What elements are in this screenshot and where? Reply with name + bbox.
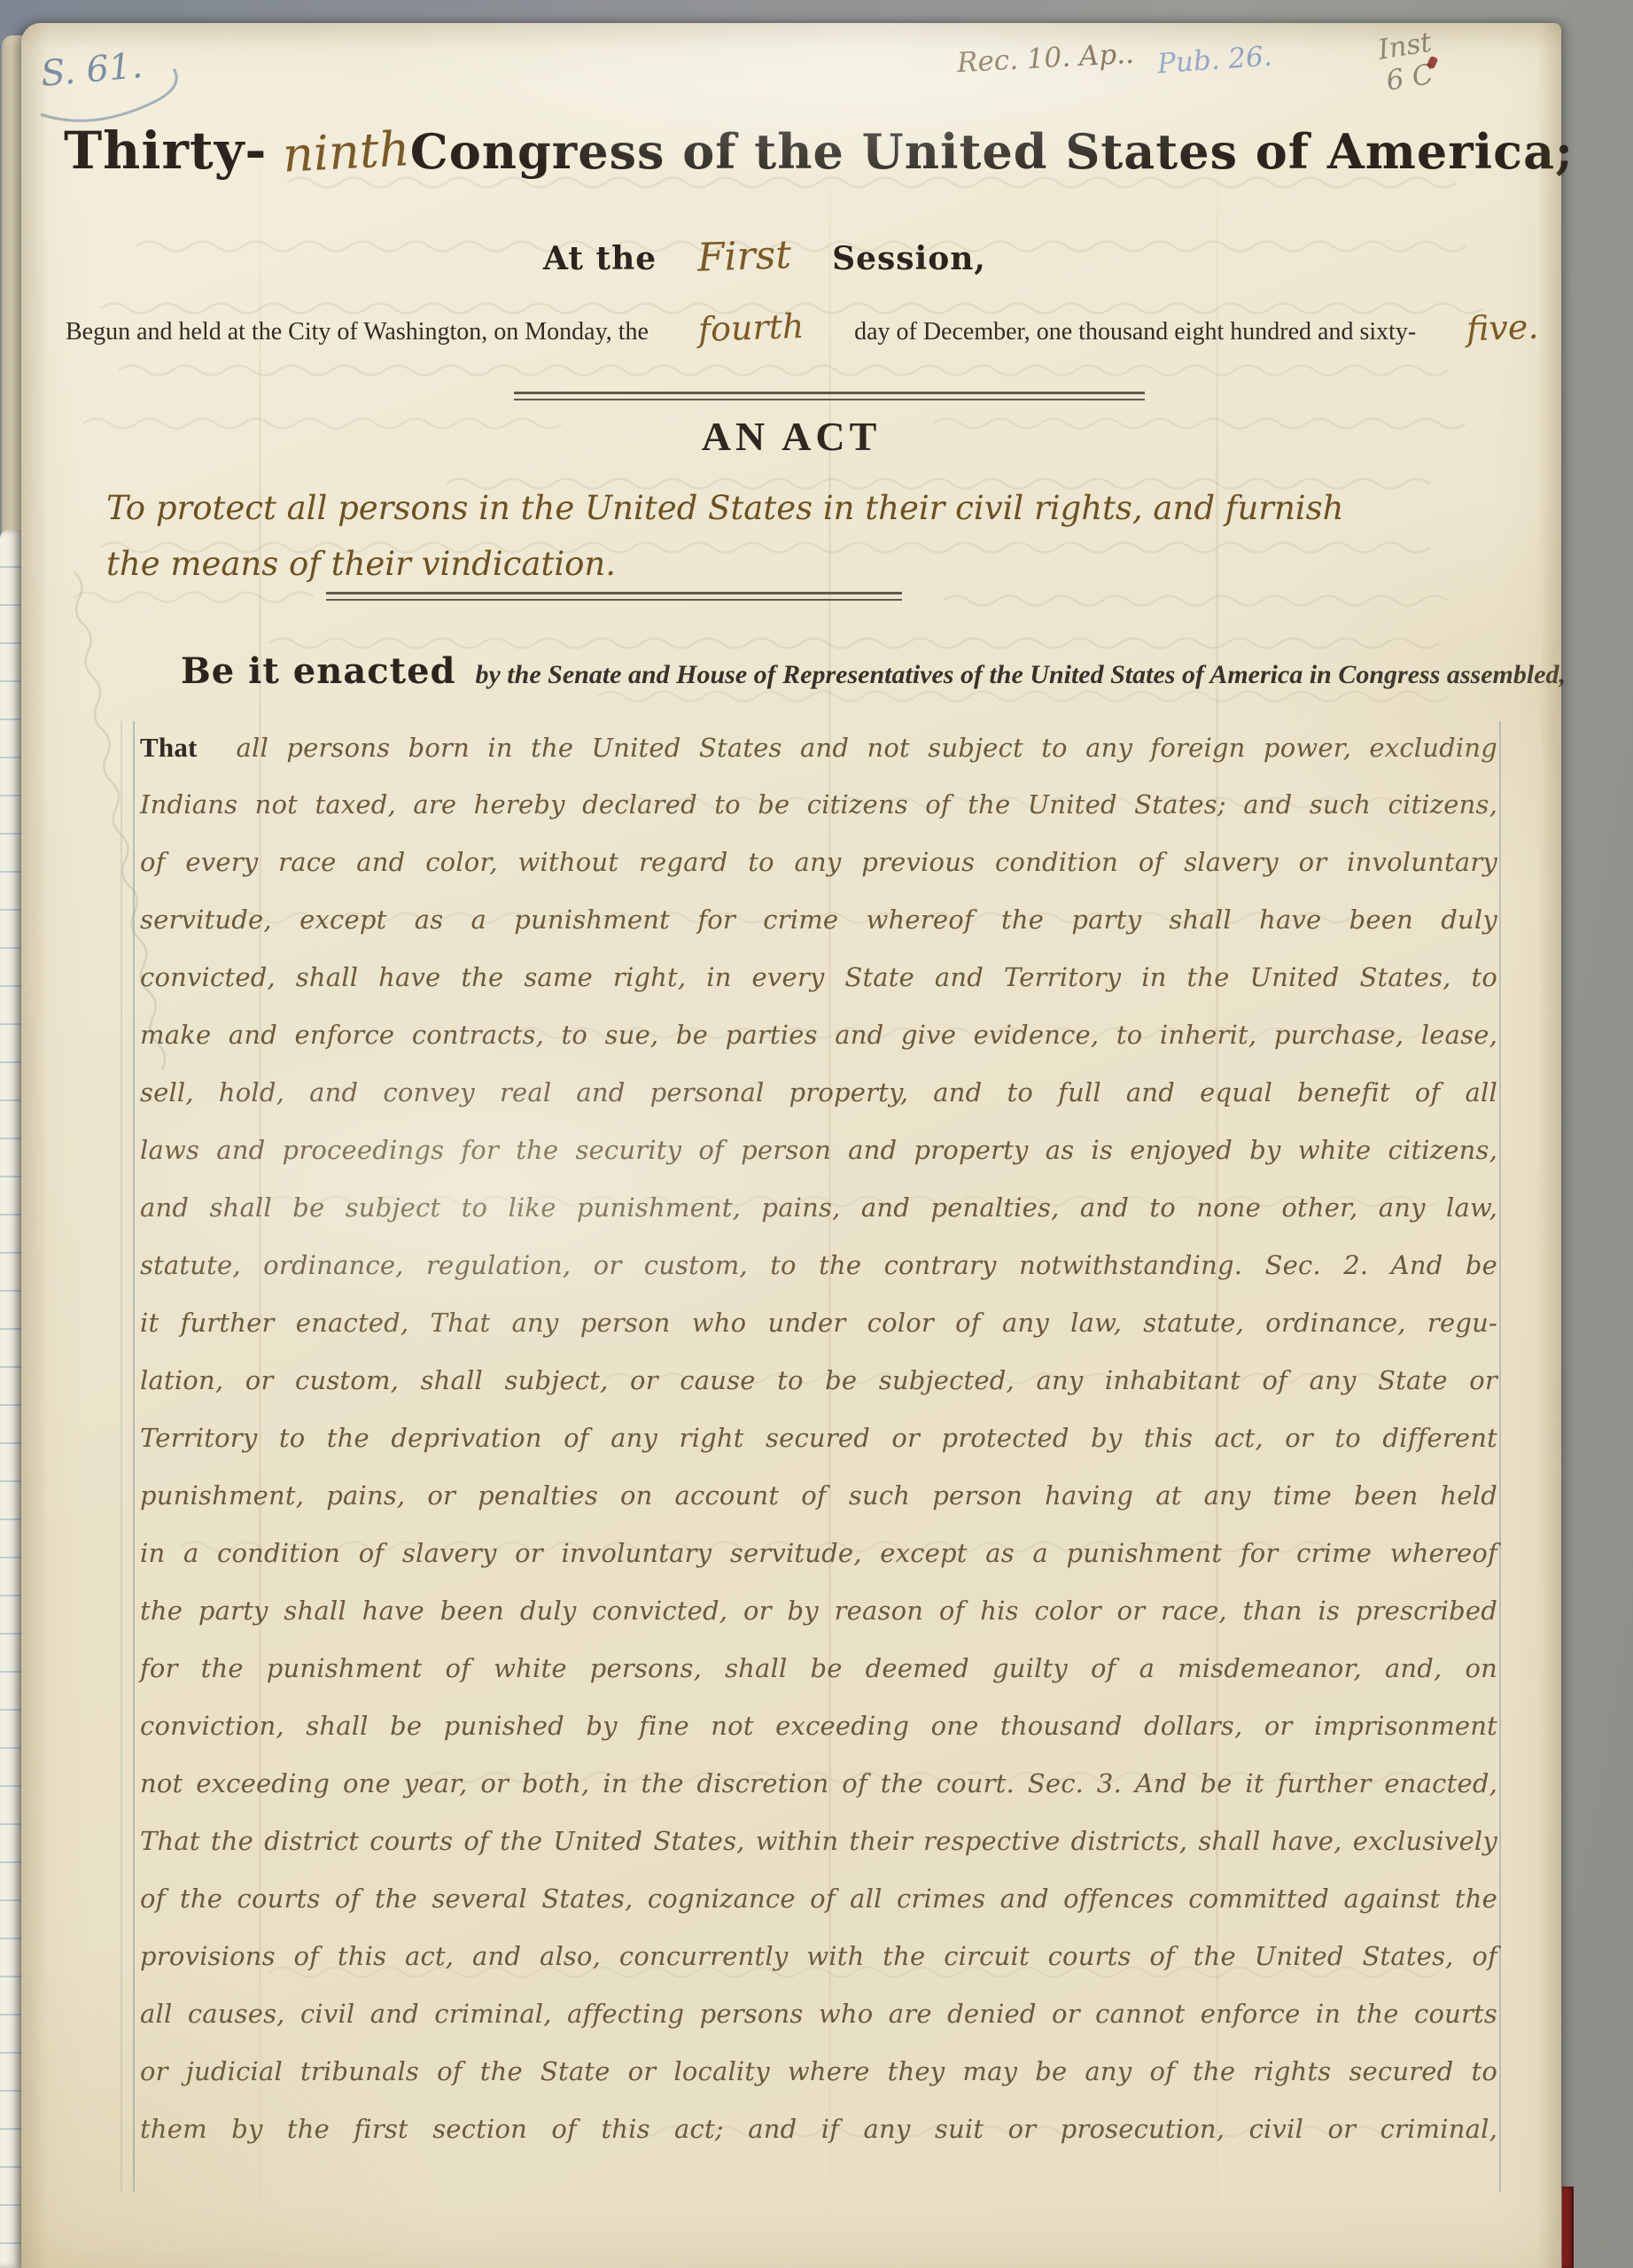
manuscript-line: provisions of this act, and also, concur…: [140, 1941, 1497, 1999]
manuscript-line: the party shall have been duly convicted…: [140, 1596, 1497, 1653]
act-title: AN ACT: [21, 413, 1561, 460]
convening-middle: day of December, one thousand eight hund…: [854, 318, 1416, 346]
congress-ordinal-handwritten: ninth: [282, 120, 411, 183]
manuscript-line: lation, or custom, shall subject, or cau…: [140, 1365, 1497, 1423]
received-date-annotation: Rec. 10. Ap..: [956, 38, 1134, 79]
manuscript-line: That the district courts of the United S…: [140, 1826, 1497, 1884]
separator-rule-bottom: [326, 592, 902, 601]
enacting-clause: Be it enacted by the Senate and House of…: [181, 650, 1544, 692]
separator-rule-top: [514, 392, 1145, 400]
session-word-printed: Session,: [832, 240, 986, 277]
congress-prefix-printed: Thirty-: [64, 120, 267, 181]
manuscript-line: and shall be subject to like punishment,…: [140, 1192, 1497, 1250]
session-ordinal-handwritten: First: [696, 232, 792, 281]
manuscript-line: punishment, pains, or penalties on accou…: [140, 1480, 1497, 1538]
manuscript-line: servitude, except as a punishment for cr…: [140, 905, 1497, 962]
convening-year-handwritten: five.: [1466, 307, 1539, 349]
preamble-line1: To protect all persons in the United Sta…: [106, 480, 1343, 536]
congress-number: Thirty- ninth: [64, 120, 410, 181]
margin-rule-left: [133, 721, 135, 2192]
congress-heading: Thirty- ninth Congress of the United Sta…: [64, 120, 1545, 181]
enacting-lead-blackletter: Be it enacted: [181, 650, 455, 692]
enacting-rest-italic: by the Senate and House of Representativ…: [475, 660, 1566, 690]
manuscript-line: statute, ordinance, regulation, or custo…: [140, 1250, 1497, 1308]
manuscript-line: laws and proceedings for the security of…: [140, 1135, 1497, 1192]
manuscript-line: not exceeding one year, or both, in the …: [140, 1768, 1497, 1826]
manuscript-line: sell, hold, and convey real and personal…: [140, 1077, 1497, 1135]
manuscript-line: or judicial tribunals of the State or lo…: [140, 2056, 1497, 2114]
congress-title: Congress of the United States of America…: [410, 123, 1574, 180]
session-at-printed: At the: [543, 240, 657, 277]
published-annotation: Pub. 26.: [1156, 41, 1273, 81]
convening-prefix: Begun and held at the City of Washington…: [66, 318, 649, 346]
scan-background: S. 61. Rec. 10. Ap.. Pub. 26. Inst 6 C T…: [0, 0, 1633, 2268]
printed-that-word: That: [140, 732, 198, 763]
bill-number-annotation: S. 61.: [39, 45, 144, 95]
manuscript-line: them by the first section of this act; a…: [140, 2114, 1497, 2171]
margin-rule-outer: [121, 721, 122, 2192]
preamble-line2: the means of their vindication.: [106, 536, 1343, 592]
manuscript-line: convicted, shall have the same right, in…: [140, 962, 1497, 1020]
manuscript-line: make and enforce contracts, to sue, be p…: [140, 1020, 1497, 1077]
manuscript-line: of the courts of the several States, cog…: [140, 1884, 1497, 1941]
manuscript-line: Territory to the deprivation of any righ…: [140, 1423, 1497, 1480]
act-preamble: To protect all persons in the United Sta…: [106, 480, 1343, 592]
manuscript-line: it further enacted, That any person who …: [140, 1308, 1497, 1365]
convening-day-handwritten: fourth: [698, 307, 805, 349]
manuscript-line: all causes, civil and criminal, affectin…: [140, 1999, 1497, 2056]
manuscript-line: for the punishment of white persons, sha…: [140, 1653, 1497, 1711]
session-line: At the First Session,: [0, 234, 1535, 279]
manuscript-line: Indians not taxed, are hereby declared t…: [140, 789, 1497, 847]
manuscript-line: of every race and color, without regard …: [140, 847, 1497, 905]
manuscript-body: Thatall persons born in the United State…: [140, 732, 1497, 2171]
margin-rule-right: [1499, 721, 1501, 2192]
convening-line: Begun and held at the City of Washington…: [66, 308, 1538, 347]
manuscript-line: Thatall persons born in the United State…: [140, 732, 1497, 789]
red-book-edge: [1562, 2186, 1574, 2268]
document-page: S. 61. Rec. 10. Ap.. Pub. 26. Inst 6 C T…: [21, 23, 1561, 2268]
manuscript-line: in a condition of slavery or involuntary…: [140, 1538, 1497, 1596]
manuscript-line: conviction, shall be punished by fine no…: [140, 1711, 1497, 1768]
